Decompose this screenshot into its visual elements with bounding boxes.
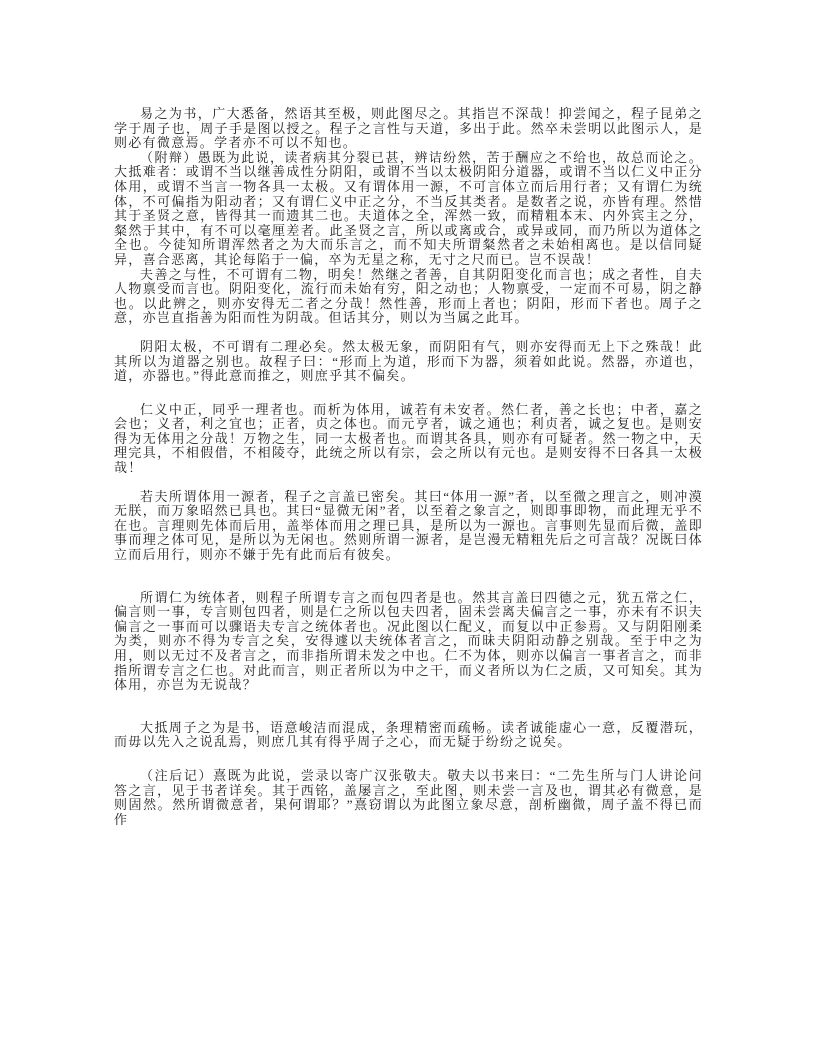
paragraph-tiyong-yiyuan: 若夫所谓体用一源者，程子之言盖已密矣。其曰“体用一源”者，以至微之理言之，则冲漠… <box>114 490 703 563</box>
paragraph-fubian: （附辩）愚既为此说，读者病其分裂已甚，辨诘纷然，苦于酬应之不给也，故总而论之。大… <box>114 151 703 268</box>
paragraph-ren-tongti: 所谓仁为统体者，则程子所谓专言之而包四者是也。然其言盖曰四德之元，犹五常之仁，偏… <box>114 591 703 693</box>
paragraph-shan-xing: 夫善之与性，不可谓有二物，明矣！然继之者善，自其阴阳变化而言也；成之者性，自夫人… <box>114 268 703 326</box>
paragraph-yinyang-taiji: 阴阳太极，不可谓有二理必矣。然太极无象，而阴阳有气，则亦安得而无上下之殊哉！此其… <box>114 340 703 384</box>
paragraph-dadi-zhouzi: 大抵周子之为是书，语意峻洁而混成，条理精密而疏畅。读者诚能虚心一意，反覆潜玩，而… <box>114 721 703 750</box>
paragraph-zhuhouji: （注后记）熹既为此说，尝录以寄广汉张敬夫。敬夫以书来曰：“二先生所与门人讲论问答… <box>114 769 703 827</box>
text-block: 易之为书，广大悉备，然语其至极，则此图尽之。其指岂不深哉！抑尝闻之，程子昆弟之学… <box>114 107 703 827</box>
paragraph-intro: 易之为书，广大悉备，然语其至极，则此图尽之。其指岂不深哉！抑尝闻之，程子昆弟之学… <box>114 107 703 151</box>
document-page: 易之为书，广大悉备，然语其至极，则此图尽之。其指岂不深哉！抑尝闻之，程子昆弟之学… <box>0 0 816 1056</box>
paragraph-renyi-zhongzheng: 仁义中正，同乎一理者也。而析为体用，诚若有未安者。然仁者，善之长也；中者，嘉之会… <box>114 403 703 476</box>
